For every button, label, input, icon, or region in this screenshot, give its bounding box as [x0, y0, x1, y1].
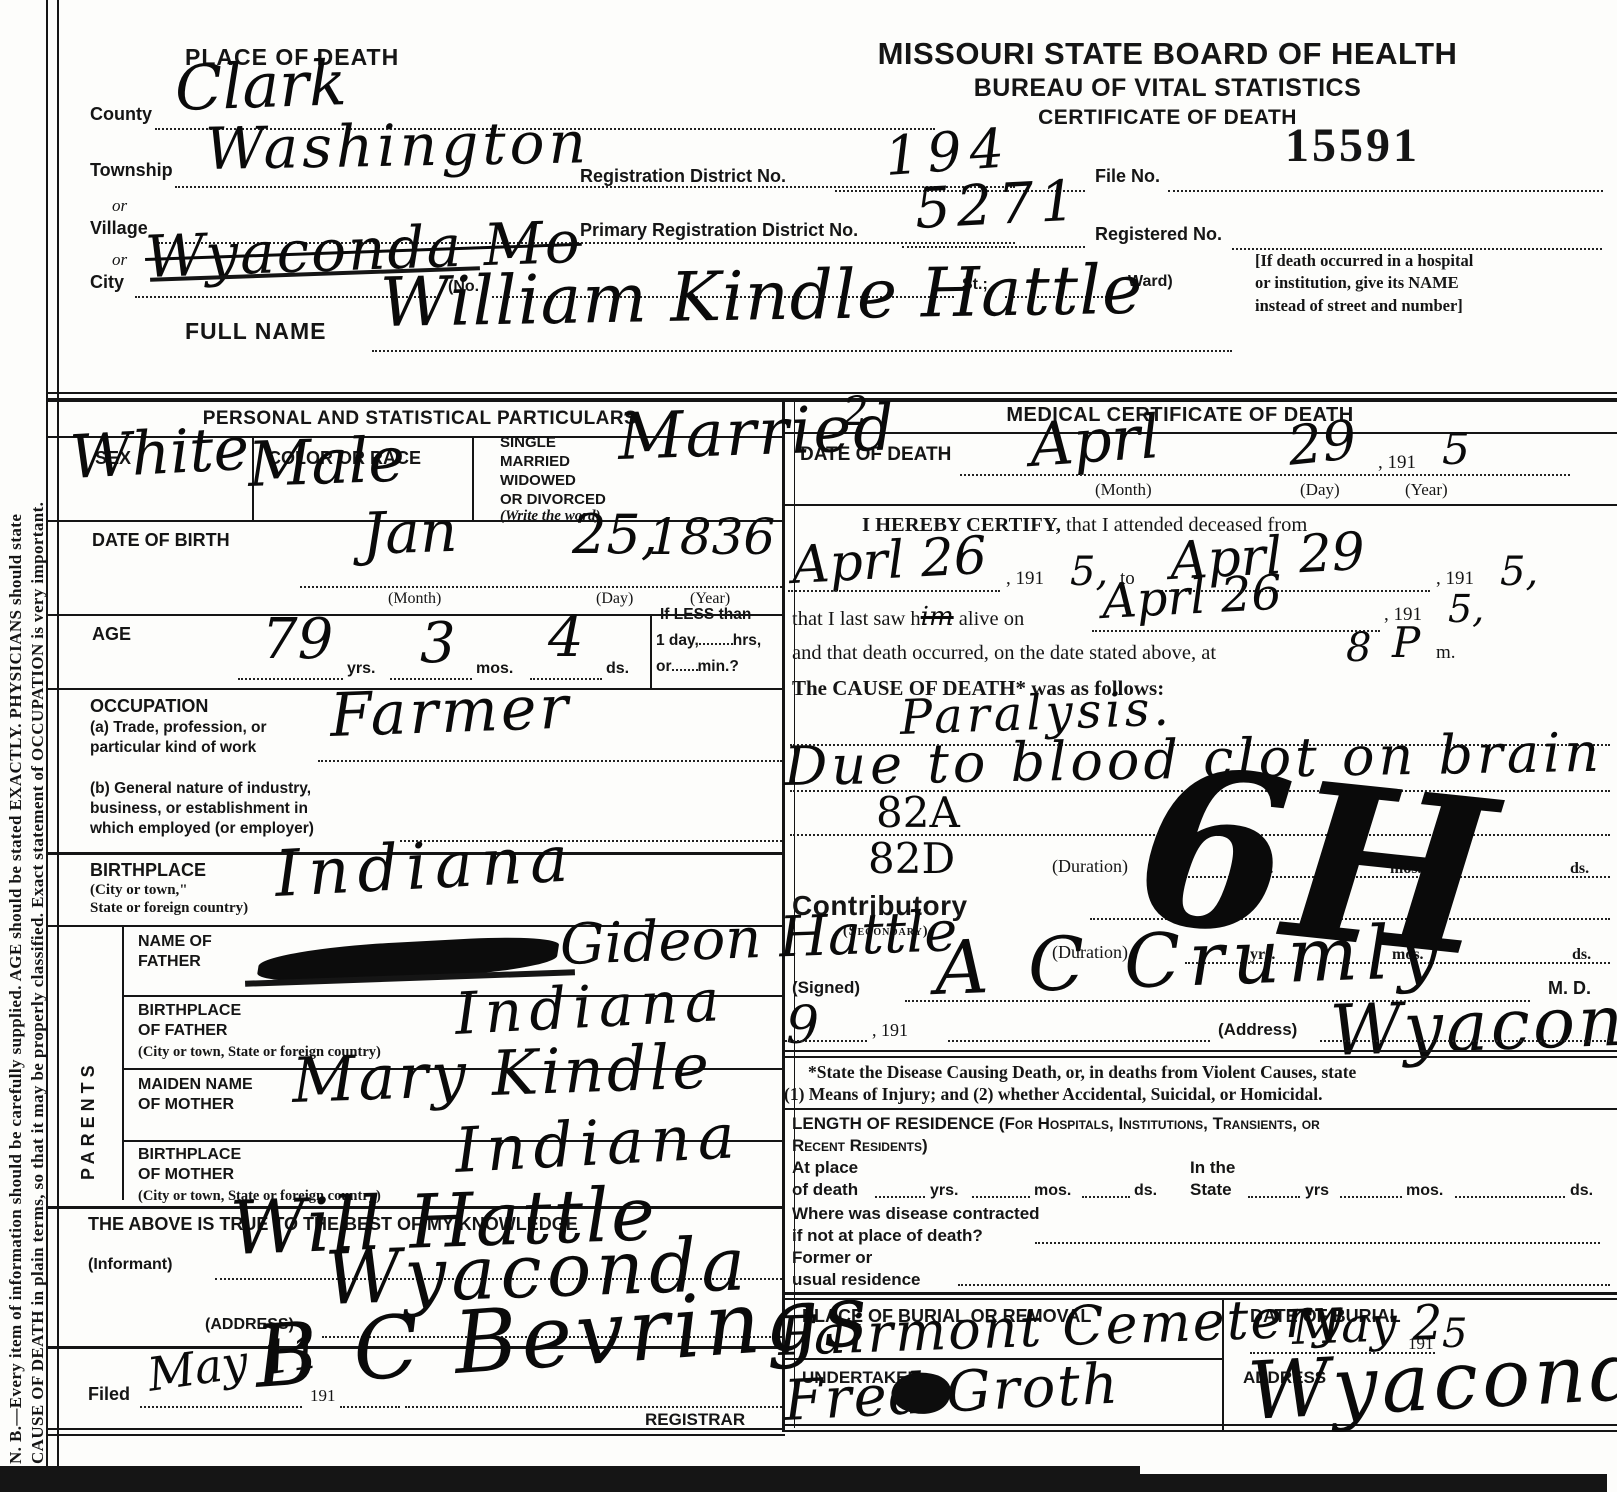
occupation-a-line1: (a) Trade, profession, or	[90, 719, 267, 737]
dob-day-sub: (Day)	[596, 590, 633, 608]
occupation-label: OCCUPATION	[90, 696, 208, 717]
last-saw-line-rule	[1092, 630, 1380, 632]
dod-year-printed: , 191	[1378, 452, 1416, 474]
footnote-rule	[782, 1108, 1617, 1110]
less-than-line2: 1 day,hrs,	[656, 632, 761, 650]
attended-to-year: 5,	[1500, 552, 1538, 592]
father-name-label-1: NAME OF	[138, 933, 212, 951]
less-than-line3: ormin.?	[656, 658, 739, 676]
res-seg-1	[875, 1196, 925, 1198]
board-title: MISSOURI STATE BOARD OF HEALTH	[875, 36, 1460, 72]
attended-from-value: Aprl 26	[791, 530, 988, 592]
mother-name-label-1: MAIDEN NAME	[138, 1076, 253, 1094]
registrar-rule-2	[46, 1434, 785, 1436]
cause-code-1: 82A	[876, 792, 960, 834]
or-label-2: or	[112, 250, 127, 270]
last-saw-him: im	[921, 602, 954, 632]
mother-bp-value: Indiana	[453, 1105, 743, 1182]
birthplace-value: Indiana	[273, 827, 577, 907]
left-border-outer	[46, 0, 48, 1468]
bureau-title: BUREAU OF VITAL STATISTICS	[875, 74, 1460, 103]
age-years-value: 79	[262, 612, 333, 668]
occupation-a-line	[318, 760, 782, 762]
cause-code-2: 82D	[868, 838, 955, 880]
marital-label-1: SINGLE	[500, 434, 556, 451]
registrar-label: REGISTRAR	[645, 1410, 745, 1430]
duration-label-1: (Duration)	[1052, 856, 1128, 877]
dob-month-value: Jan	[361, 502, 458, 563]
full-name-line	[372, 350, 1232, 352]
filed-year-line	[340, 1406, 400, 1408]
father-name-label-2: FATHER	[138, 953, 201, 971]
dob-year-value: 1836	[648, 512, 775, 562]
sex-value: White	[68, 419, 250, 488]
color-value: Male	[247, 429, 406, 496]
dob-line	[300, 586, 782, 588]
physician-address-label: (Address)	[1218, 1020, 1297, 1040]
birthplace-label: BIRTHPLACE	[90, 860, 206, 881]
father-name-value: Gideon Hattle	[559, 904, 958, 974]
village-label: Village	[90, 218, 148, 239]
certificate-title: CERTIFICATE OF DEATH	[875, 106, 1460, 130]
duration1-ds-label: ds.	[1570, 860, 1589, 878]
at-place-line2: of death	[792, 1180, 858, 1200]
res-seg-3	[1082, 1196, 1130, 1198]
dod-day-sub: (Day)	[1300, 480, 1340, 500]
registered-no-label: Registered No.	[1095, 224, 1222, 245]
duration2-ds-label: ds.	[1572, 946, 1591, 964]
occupation-b-line3: which employed (or employer)	[90, 820, 314, 838]
age-yrs-label: yrs.	[347, 660, 375, 678]
last-saw-post: alive on	[954, 608, 1025, 630]
occupation-value: Farmer	[329, 678, 572, 746]
attended-from-191: , 191	[1006, 568, 1044, 590]
dod-row-rule	[782, 504, 1617, 506]
marital-label-3: WIDOWED	[500, 472, 576, 489]
footnote-line2: (1) Means of Injury; and (2) whether Acc…	[784, 1084, 1322, 1105]
scan-bar-bottom	[0, 1474, 1607, 1492]
primary-registration-label: Primary Registration District No.	[580, 220, 858, 241]
death-hour-value: 8	[1346, 628, 1371, 668]
occupation-b-line2: business, or establishment in	[90, 800, 308, 818]
county-label: County	[90, 104, 152, 125]
age-months-value: 3	[420, 616, 456, 672]
duration-scrawl: 6H	[1129, 737, 1502, 988]
margin-note-line1: N. B.—Every item of information should b…	[6, 24, 26, 1464]
mother-name-value: Mary Kindle	[291, 1035, 713, 1112]
death-certificate-scan: N. B.—Every item of information should b…	[0, 0, 1617, 1492]
hospital-note: [If death occurred in a hospital or inst…	[1255, 250, 1490, 317]
age-ds-label: ds.	[606, 660, 629, 678]
last-saw-line: that I last saw him alive on	[792, 604, 1024, 631]
death-m-label: m.	[1436, 642, 1456, 664]
res-ds-label-2: ds.	[1570, 1182, 1593, 1200]
dod-month-value: Aprl	[1028, 407, 1161, 476]
res-yrs-label-2: yrs	[1305, 1182, 1329, 1200]
res-seg-2	[972, 1196, 1030, 1198]
left-border-inner	[57, 0, 59, 1468]
registration-district-label: Registration District No.	[580, 166, 786, 187]
dod-day-value: 29	[1285, 413, 1359, 474]
res-mos-label-2: mos.	[1406, 1182, 1443, 1200]
undertaker-address-value: Wyaconda	[1246, 1329, 1617, 1432]
mother-bp-label-1: BIRTHPLACE	[138, 1146, 241, 1164]
less-than-min: min.?	[698, 658, 739, 675]
medical-section-title: MEDICAL CERTIFICATE OF DEATH	[900, 404, 1460, 427]
physician-address-line	[1320, 1040, 1610, 1042]
less-min-line	[672, 658, 698, 671]
signed-label: (Signed)	[792, 978, 860, 998]
less-hrs-line	[699, 632, 733, 645]
mother-bp-label-2: OF MOTHER	[138, 1166, 234, 1184]
parents-label: PARENTS	[78, 990, 99, 1180]
in-the-line1: In the	[1190, 1158, 1235, 1178]
at-place-line1: At place	[792, 1158, 858, 1178]
parents-inner-divider	[122, 925, 124, 1200]
birthplace-sub1: (City or town,"	[90, 882, 188, 899]
filed-label: Filed	[88, 1384, 130, 1405]
margin-note: N. B.—Every item of information should b…	[6, 24, 48, 1464]
disease-question-line2: if not at place of death?	[792, 1226, 983, 1246]
sign-date-191: , 191	[872, 1020, 908, 1041]
dob-label: DATE OF BIRTH	[92, 530, 230, 551]
signed-rule-2	[782, 1056, 1617, 1058]
res-seg-4	[1248, 1196, 1300, 1198]
residence-header-line1: LENGTH OF RESIDENCE (For Hospitals, Inst…	[792, 1114, 1320, 1134]
footnote-line1: *State the Disease Causing Death, or, in…	[808, 1062, 1356, 1083]
margin-note-line2: CAUSE OF DEATH in plain terms, so that i…	[28, 24, 48, 1464]
county-value: Clark	[174, 52, 348, 120]
sign-date-line-2	[948, 1040, 1210, 1042]
marital-label-2: MARRIED	[500, 453, 570, 470]
in-the-line2: State	[1190, 1180, 1232, 1200]
township-label: Township	[90, 160, 173, 181]
less-than-day: 1 day,	[656, 632, 699, 649]
primary-registration-value: 5271	[914, 173, 1083, 238]
less-than-hrs: hrs,	[733, 632, 761, 649]
res-yrs-label: yrs.	[930, 1182, 958, 1200]
dod-year-value: 5	[1442, 428, 1470, 472]
less-than-line1: If LESS than	[660, 606, 751, 624]
res-mos-label: mos.	[1034, 1182, 1071, 1200]
attended-from-line	[788, 590, 1000, 592]
sign-date-line	[785, 1040, 867, 1042]
township-value: Washington	[204, 113, 590, 178]
signed-rule-1	[782, 1050, 1617, 1052]
undertaker-rule-2	[782, 1430, 1617, 1432]
death-occurred-line: and that death occurred, on the date sta…	[792, 642, 1216, 665]
death-meridian-value: P	[1392, 622, 1420, 664]
dod-line	[960, 474, 1570, 476]
file-no-line	[1168, 190, 1603, 192]
father-bp-label-1: BIRTHPLACE	[138, 1002, 241, 1020]
full-name-label: FULL NAME	[185, 318, 326, 345]
informant-label: (Informant)	[88, 1256, 172, 1274]
dod-year-sub: (Year)	[1405, 480, 1448, 500]
age-box-divider	[650, 614, 652, 688]
primary-registration-line	[902, 246, 1085, 248]
residence-header-line2: Recent Residents)	[792, 1136, 928, 1156]
last-saw-pre: that I last saw h	[792, 608, 921, 630]
city-label: City	[90, 272, 124, 293]
dod-month-sub: (Month)	[1095, 480, 1152, 500]
occupation-b-line1: (b) General nature of industry,	[90, 780, 311, 798]
father-bp-label-2: OF FATHER	[138, 1022, 227, 1040]
undertaker-value: Fred Groth	[783, 1356, 1122, 1430]
former-residence-line	[958, 1284, 1610, 1286]
registrar-signature-line	[405, 1406, 782, 1408]
res-ds-label: ds.	[1134, 1182, 1157, 1200]
full-name-value: William Kindle Hattle	[379, 257, 1143, 338]
medical-header-rule	[782, 432, 1617, 434]
file-no-label: File No.	[1095, 166, 1160, 187]
last-saw-year: 5,	[1448, 590, 1484, 628]
registrar-rule-1	[46, 1428, 785, 1430]
age-years-line	[238, 678, 343, 680]
dob-day-value: 25,	[572, 508, 658, 562]
last-saw-value: Aprl 26	[1101, 569, 1283, 626]
or-label-1: or	[112, 196, 127, 216]
age-label: AGE	[92, 624, 131, 645]
less-than-or: or	[656, 658, 672, 675]
occupation-a-line2: particular kind of work	[90, 739, 256, 757]
stray-mark: 9	[786, 1000, 819, 1052]
res-seg-6	[1455, 1196, 1565, 1198]
age-days-value: 4	[548, 610, 584, 666]
color-marital-divider	[472, 436, 474, 520]
dob-month-sub: (Month)	[388, 590, 441, 608]
disease-question-line1: Where was disease contracted	[792, 1204, 1040, 1224]
birthplace-sub2: State or foreign country)	[90, 900, 248, 917]
disease-question-line	[1035, 1242, 1600, 1244]
res-seg-5	[1340, 1196, 1402, 1198]
marital-value: Married	[617, 396, 897, 470]
mother-name-label-2: OF MOTHER	[138, 1096, 234, 1114]
